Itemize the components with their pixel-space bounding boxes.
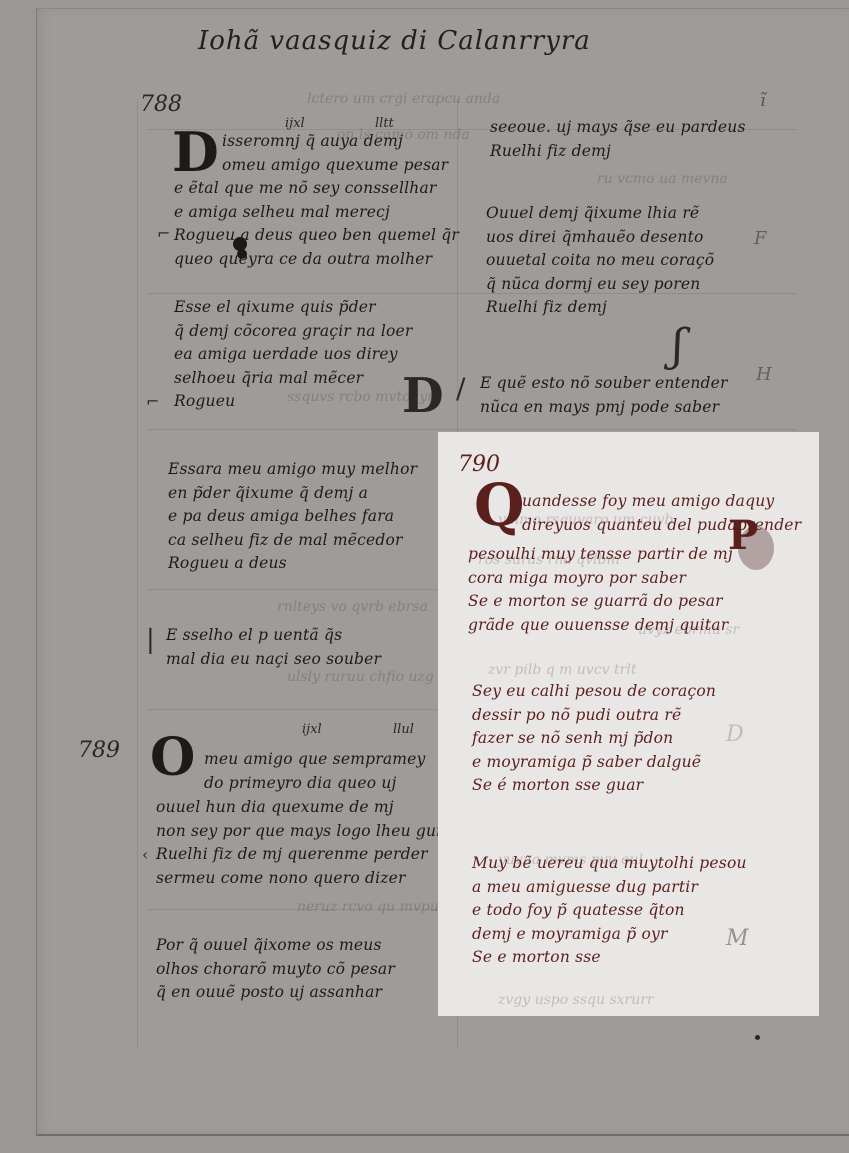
bleed-through-text: ulsly ruruu chfio uzg [287,669,434,685]
verse-line: q̃ en ouuẽ posto uj assanhar [156,981,395,1005]
stanza: isseromnj q̃ auya demj omeu amigo quexum… [222,130,448,177]
stanza: Sey eu calhi pesou de coraçon dessir po … [472,680,716,798]
verse-line: q̃ demj cõcorea graçir na loer [174,320,413,344]
verse-line: Por q̃ ouuel q̃ixome os meus [156,934,395,958]
guide-letter: F [754,228,767,249]
verse-line: en p̃der q̃ixume q̃ demj a [168,482,417,506]
verse-line: non sey por que mays logo lheu guisey [156,820,468,844]
refrain-line: Se é morton sse guar [472,774,716,798]
verse-line: ouuel hun dia quexume de mj [156,796,468,820]
stanza: pesoulhi muy tensse partir de mj cora mi… [468,543,733,637]
verse-line: Sey eu calhi pesou de coraçon [472,680,716,704]
verse-line: selhoeu q̃ria mal mẽcer [174,367,413,391]
verse-line: meu amigo que sempramey [204,748,426,772]
refrain-line: Rogueu [174,390,413,414]
marginal-note: lltt [375,116,394,131]
stanza: Ouuel demj q̃ixume lhia rẽ uos direi q̃m… [486,202,714,320]
verse-line: Esse el qixume quis p̃der [174,296,413,320]
bleed-through-text: rnlteys vo qvrb ebrsa [277,599,428,615]
verse-line: e ẽtal que me nõ sey conssellhar [174,177,459,201]
bleed-through-text: lctero um crgi erapcu anda [307,91,500,107]
refrain-marker-icon: ⌐ [157,224,170,243]
verse-line: omeu amigo quexume pesar [222,154,448,178]
stanza: seeoue. uj mays q̃se eu pardeus Ruelhi f… [490,116,746,163]
verse-line: seeoue. uj mays q̃se eu pardeus [490,116,746,140]
verse-line: e moyramiga p̃ saber dalguẽ [472,751,716,775]
verse-line: Ouuel demj q̃ixume lhia rẽ [486,202,714,226]
marginal-note: llul [393,722,414,737]
guide-letter: H [756,364,772,385]
verse-line: demj e moyramiga p̃ oyr [472,923,747,947]
verse-line: e pa deus amiga belhes fara [168,505,417,529]
verse-line: pesoulhi muy tensse partir de mj [468,543,733,567]
verse-line: e amiga selheu mal merecj [174,201,459,225]
bleed-through-text: zvgy uspo ssqu sxrurr [498,992,654,1008]
margin-stroke-icon: | [146,625,155,655]
poem-number: 789 [78,738,120,763]
decorated-initial: Q [474,476,525,534]
refrain-marker-icon: ‹ [142,845,148,864]
stanza: uandesse foy meu amigo daquy direyuos qu… [522,490,801,537]
verse-line: mal dia eu naçi seo souber [166,648,381,672]
poem-number: 788 [140,92,182,117]
stanza: e ẽtal que me nõ sey conssellhar e amiga… [174,177,459,271]
verse-line: a meu amiguesse dug partir [472,876,747,900]
refrain-line: Ruelhi fiz demj [490,140,746,164]
verse-line: Muy bẽ uereu qua muytolhi pesou [472,852,747,876]
guide-letter-initial: D [402,372,444,420]
cadel-flourish-icon: ʃ [672,320,684,371]
refrain-line: Rogueu a deus [168,552,417,576]
stanza: meu amigo que sempramey do primeyro dia … [204,748,426,795]
ink-speck [755,1035,760,1040]
verse-line: nũca en mays pmj pode saber [480,396,728,420]
verse-line: queo queyra ce da outra molher [174,248,459,272]
ruled-margin [137,99,138,1049]
stanza: Por q̃ ouuel q̃ixome os meus olhos chora… [156,934,395,1005]
bleed-through-text: neruz rcvo qu mvpuo [297,899,447,915]
stanza: ouuel hun dia quexume de mj non sey por … [156,796,468,890]
verse-line: grãde que ouuensse demj quitar [468,614,733,638]
verse-line: ouuetal coita no meu coraçõ [486,249,714,273]
verse-line: direyuos quanteu del pudaprender [522,514,801,538]
stanza: E quẽ esto nõ souber entender nũca en ma… [480,372,728,419]
verse-line: q̃ nũca dormj eu sey poren [486,273,714,297]
verse-line: fazer se nõ senh mj p̃don [472,727,716,751]
verse-line: sermeu come nono quero dizer [156,867,468,891]
verse-line: do primeyro dia queo uj [204,772,426,796]
decorated-initial: O [150,732,195,784]
verse-line: e todo foy p̃ quatesse q̃ton [472,899,747,923]
verse-line: isseromnj q̃ auya demj [222,130,448,154]
verse-line: uandesse foy meu amigo daquy [522,490,801,514]
verse-line: E quẽ esto nõ souber entender [480,372,728,396]
refrain-marker-icon: ⌐ [146,392,159,411]
bleed-through-text: ru vcmo ua mevna [597,171,728,187]
refrain-line: Rogueu a deus queo ben quemel q̃r [174,224,459,248]
verse-line: Essara meu amigo muy melhor [168,458,417,482]
verse-line: ca selheu fiz de mal mẽcedor [168,529,417,553]
stanza: E sselho el p uentã q̃s mal dia eu naçi … [166,624,381,671]
stanza: Esse el qixume quis p̃der q̃ demj cõcore… [174,296,413,414]
guide-letter: D [726,722,744,747]
verse-line: dessir po nõ pudi outra rẽ [472,704,716,728]
verse-line: uos direi q̃mhauẽo desento [486,226,714,250]
margin-stroke-icon: / [456,372,465,405]
marginal-note: ijxl [302,722,322,737]
bleed-through-text: zvr pilb q m uvcv trlt [488,662,636,678]
verse-line: cora miga moyro por saber [468,567,733,591]
marginal-note: ijxl [285,116,305,131]
refrain-line: Se e morton sse [472,946,747,970]
verse-line: ea amiga uerdade uos direy [174,343,413,367]
decorated-initial: D [172,125,219,179]
ruled-line [147,429,797,430]
refrain-line: Ruelhi fiz demj [486,296,714,320]
verse-line: olhos chorarõ muyto cõ pesar [156,958,395,982]
guide-letter: ĩ [760,90,766,111]
refrain-line: Se e morton se guarrã do pesar [468,590,733,614]
refrain-line: Ruelhi fiz de mj querenme perder [156,843,468,867]
stanza: Essara meu amigo muy melhor en p̃der q̃i… [168,458,417,576]
author-heading: Iohã vaasquiz di Calanrryra [198,26,591,56]
stanza: Muy bẽ uereu qua muytolhi pesou a meu am… [472,852,747,970]
verse-line: E sselho el p uentã q̃s [166,624,381,648]
